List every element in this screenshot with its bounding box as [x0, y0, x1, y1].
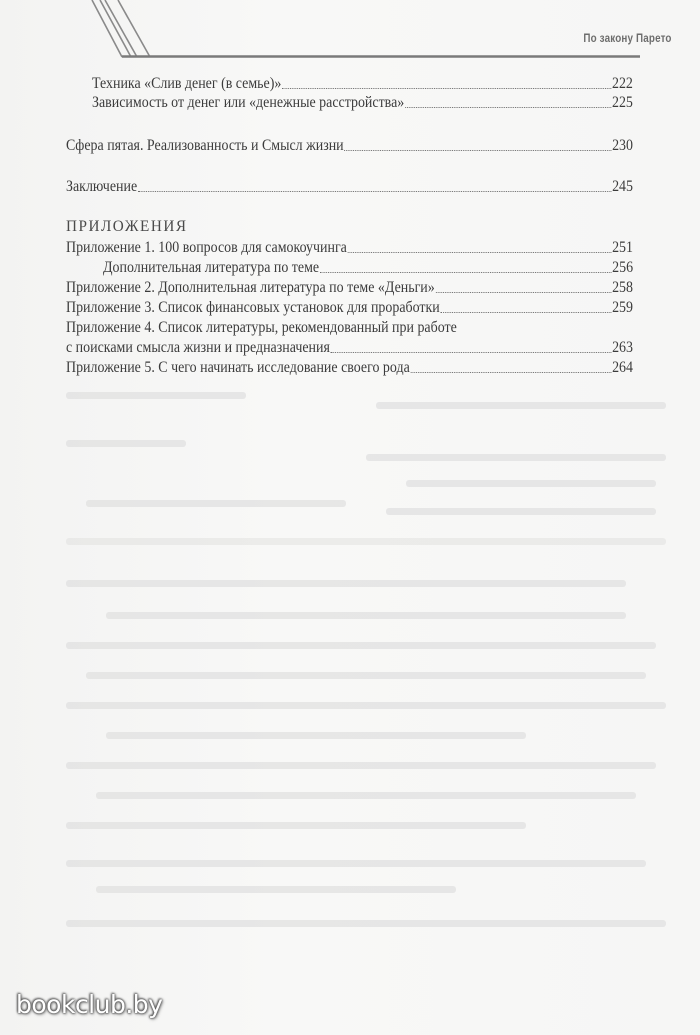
toc-entry-page: 256: [612, 259, 633, 277]
dot-leader: [282, 88, 611, 89]
dot-leader: [345, 150, 612, 151]
toc-entry-label: Заключение: [66, 178, 137, 196]
toc-entry-label: Сфера пятая. Реализованность и Смысл жиз…: [66, 137, 344, 155]
toc-entry-page: 259: [612, 299, 633, 317]
dot-leader: [138, 191, 611, 192]
dot-leader: [331, 352, 611, 353]
dot-leader: [405, 107, 611, 108]
dot-leader: [320, 272, 611, 273]
toc-entry-label: Приложение 3. Список финансовых установо…: [66, 299, 440, 317]
toc-entry[interactable]: Сфера пятая. Реализованность и Смысл жиз…: [66, 137, 633, 155]
toc-entry[interactable]: Техника «Слив денег (в семье)» 222: [92, 75, 633, 93]
toc-entry-continued[interactable]: Приложение 4. Список литературы, рекомен…: [66, 319, 633, 337]
appendix-heading: ПРИЛОЖЕНИЯ: [66, 218, 188, 236]
toc-entry-label: Дополнительная литература по теме: [103, 259, 319, 277]
site-watermark: bookclub.by: [16, 990, 162, 1019]
dot-leader: [411, 372, 612, 373]
toc-entry[interactable]: Зависимость от денег или «денежные расст…: [92, 94, 633, 112]
toc-entry-page: 263: [612, 339, 633, 357]
toc-entry[interactable]: Приложение 5. С чего начинать исследован…: [66, 359, 633, 377]
dot-leader: [441, 312, 612, 313]
toc-entry-page: 225: [612, 94, 633, 112]
toc-entry[interactable]: Приложение 1. 100 вопросов для самокоучи…: [66, 239, 633, 257]
toc-entry-label: Приложение 1. 100 вопросов для самокоучи…: [66, 239, 347, 257]
toc-entry-label: с поисками смысла жизни и предназначения: [66, 339, 330, 357]
running-head: По закону Парето: [584, 31, 672, 45]
toc-entry[interactable]: Приложение 3. Список финансовых установо…: [66, 299, 633, 317]
toc-entry[interactable]: Дополнительная литература по теме 256: [103, 259, 633, 277]
toc-entry-page: 230: [612, 137, 633, 155]
toc-entry-label: Приложение 2. Дополнительная литература …: [66, 279, 435, 297]
toc-entry-page: 258: [612, 279, 633, 297]
toc-entry-label: Приложение 5. С чего начинать исследован…: [66, 359, 410, 377]
toc-entry[interactable]: Заключение 245: [66, 178, 633, 196]
toc-entry-page: 245: [612, 178, 633, 196]
toc-entry-label: Приложение 4. Список литературы, рекомен…: [66, 319, 457, 337]
toc-entry-page: 251: [612, 239, 633, 257]
dot-leader: [348, 252, 611, 253]
toc-entry-label: Зависимость от денег или «денежные расст…: [92, 94, 404, 112]
toc-entry-page: 222: [612, 75, 633, 93]
reverse-side-show-through: [66, 380, 666, 940]
toc-entry-label: Техника «Слив денег (в семье)»: [92, 75, 281, 93]
dot-leader: [436, 292, 612, 293]
book-page: По закону Парето Техника «Слив денег (в …: [0, 0, 700, 1035]
toc-entry-page: 264: [612, 359, 633, 377]
toc-entry[interactable]: Приложение 2. Дополнительная литература …: [66, 279, 633, 297]
toc-entry[interactable]: с поисками смысла жизни и предназначения…: [66, 339, 633, 357]
